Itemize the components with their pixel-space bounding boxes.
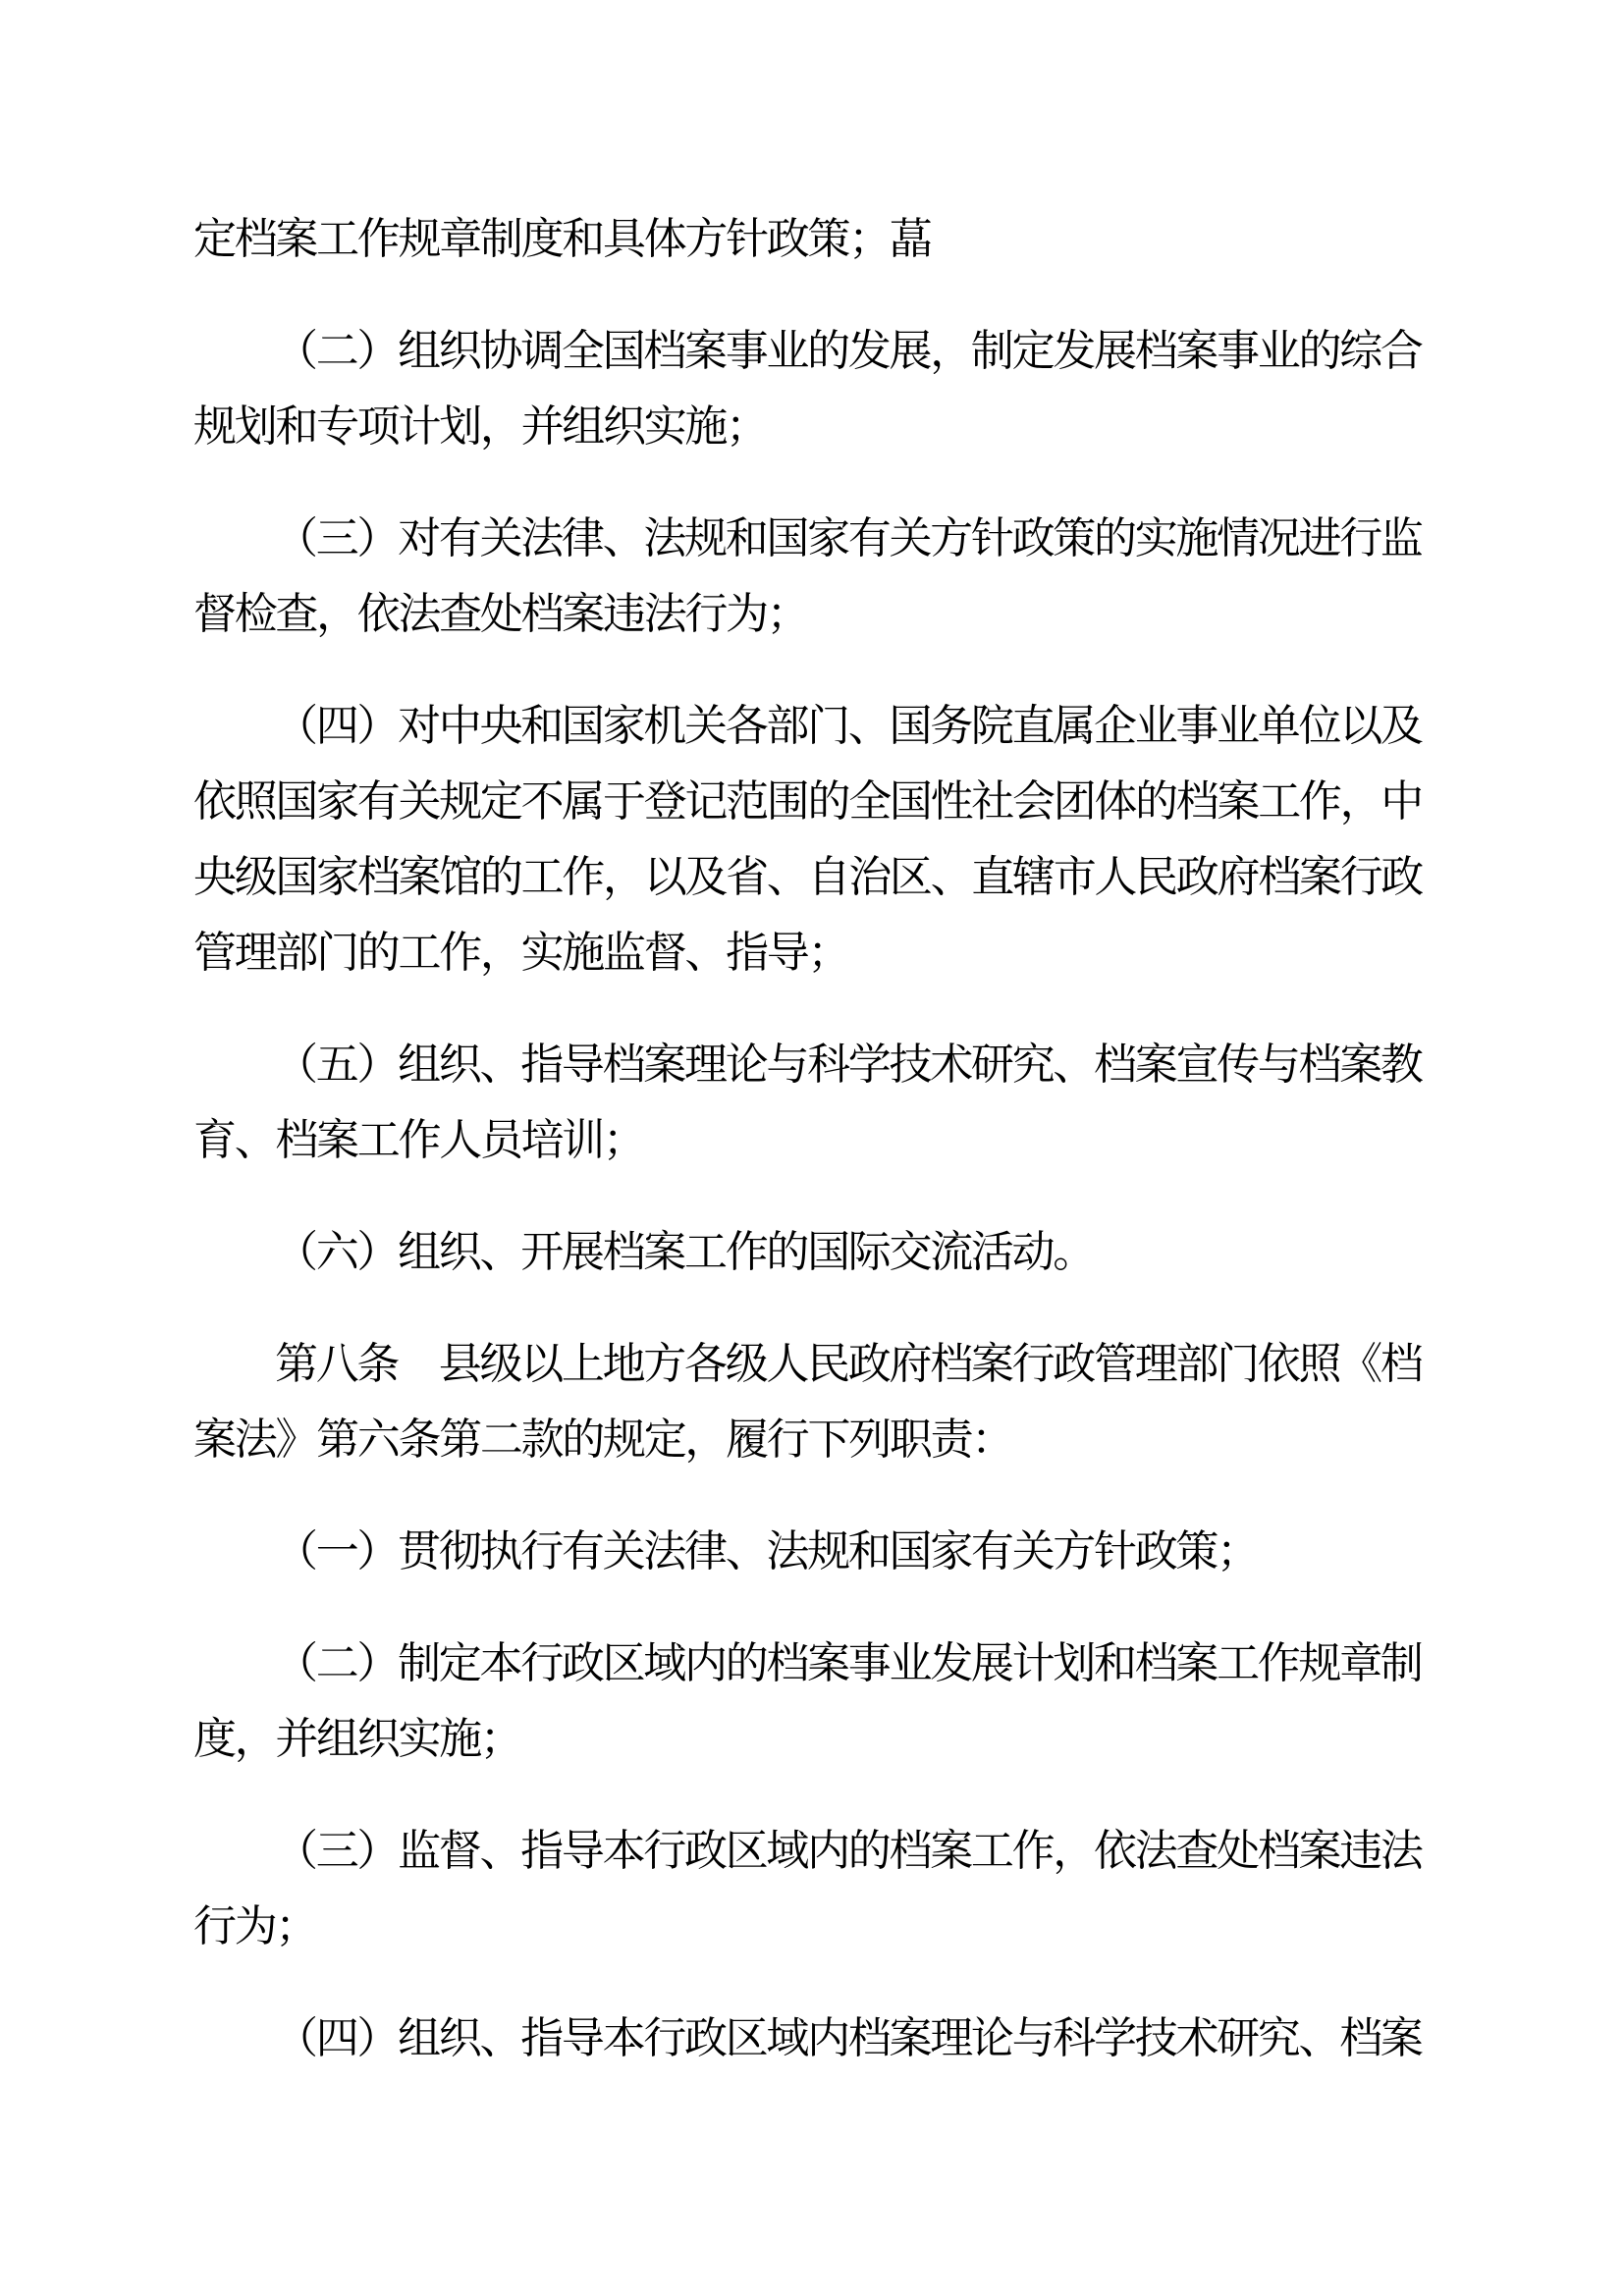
text-line: （三）对有关法律、法规和国家有关方针政策的实施情况进行监 bbox=[193, 501, 1470, 576]
text-line: （一）贯彻执行有关法律、法规和国家有关方针政策； bbox=[193, 1514, 1470, 1589]
text-line: 育、档案工作人员培训； bbox=[193, 1102, 1470, 1178]
text-line: 行为； bbox=[193, 1889, 1470, 1964]
text-line: 督检查，依法查处档案违法行为； bbox=[193, 576, 1470, 652]
paragraph: （一）贯彻执行有关法律、法规和国家有关方针政策； bbox=[193, 1514, 1470, 1589]
text-line: 案法》第六条第二款的规定，履行下列职责： bbox=[193, 1402, 1470, 1477]
text-line: 依照国家有关规定不属于登记范围的全国性社会团体的档案工作，中 bbox=[193, 764, 1470, 839]
page: 定档案工作规章制度和具体方针政策；蕌（二）组织协调全国档案事业的发展，制定发展档… bbox=[0, 0, 1624, 2296]
text-line: 第八条 县级以上地方各级人民政府档案行政管理部门依照《档 bbox=[193, 1326, 1470, 1402]
paragraph: （三）对有关法律、法规和国家有关方针政策的实施情况进行监督检查，依法查处档案违法… bbox=[193, 501, 1470, 652]
paragraph: （六）组织、开展档案工作的国际交流活动。 bbox=[193, 1214, 1470, 1290]
paragraph: （二）制定本行政区域内的档案事业发展计划和档案工作规章制度，并组织实施； bbox=[193, 1626, 1470, 1777]
text-line: （五）组织、指导档案理论与科学技术研究、档案宣传与档案教 bbox=[193, 1027, 1470, 1102]
paragraph: （三）监督、指导本行政区域内的档案工作，依法查处档案违法行为； bbox=[193, 1813, 1470, 1964]
text-line: 规划和专项计划，并组织实施； bbox=[193, 389, 1470, 464]
paragraph: 第八条 县级以上地方各级人民政府档案行政管理部门依照《档案法》第六条第二款的规定… bbox=[193, 1326, 1470, 1477]
paragraph: （四）组织、指导本行政区域内档案理论与科学技术研究、档案 bbox=[193, 2001, 1470, 2076]
text-line: （三）监督、指导本行政区域内的档案工作，依法查处档案违法 bbox=[193, 1813, 1470, 1889]
text-line: （二）制定本行政区域内的档案事业发展计划和档案工作规章制 bbox=[193, 1626, 1470, 1701]
paragraph: （四）对中央和国家机关各部门、国务院直属企业事业单位以及依照国家有关规定不属于登… bbox=[193, 688, 1470, 990]
text-line: （二）组织协调全国档案事业的发展，制定发展档案事业的综合 bbox=[193, 313, 1470, 389]
text-line: 管理部门的工作，实施监督、指导； bbox=[193, 915, 1470, 990]
text-line: 度，并组织实施； bbox=[193, 1701, 1470, 1777]
paragraph: （二）组织协调全国档案事业的发展，制定发展档案事业的综合规划和专项计划，并组织实… bbox=[193, 313, 1470, 464]
text-line: （四）对中央和国家机关各部门、国务院直属企业事业单位以及 bbox=[193, 688, 1470, 764]
paragraph: 定档案工作规章制度和具体方针政策；蕌 bbox=[193, 201, 1470, 277]
paragraph: （五）组织、指导档案理论与科学技术研究、档案宣传与档案教育、档案工作人员培训； bbox=[193, 1027, 1470, 1178]
text-line: （六）组织、开展档案工作的国际交流活动。 bbox=[193, 1214, 1470, 1290]
text-line: （四）组织、指导本行政区域内档案理论与科学技术研究、档案 bbox=[193, 2001, 1470, 2076]
text-line: 定档案工作规章制度和具体方针政策；蕌 bbox=[193, 201, 1470, 277]
text-line: 央级国家档案馆的工作，以及省、自治区、直辖市人民政府档案行政 bbox=[193, 839, 1470, 915]
document-page: { "page": { "background_color": "#ffffff… bbox=[0, 0, 1624, 2296]
document-body: 定档案工作规章制度和具体方针政策；蕌（二）组织协调全国档案事业的发展，制定发展档… bbox=[193, 201, 1470, 2076]
